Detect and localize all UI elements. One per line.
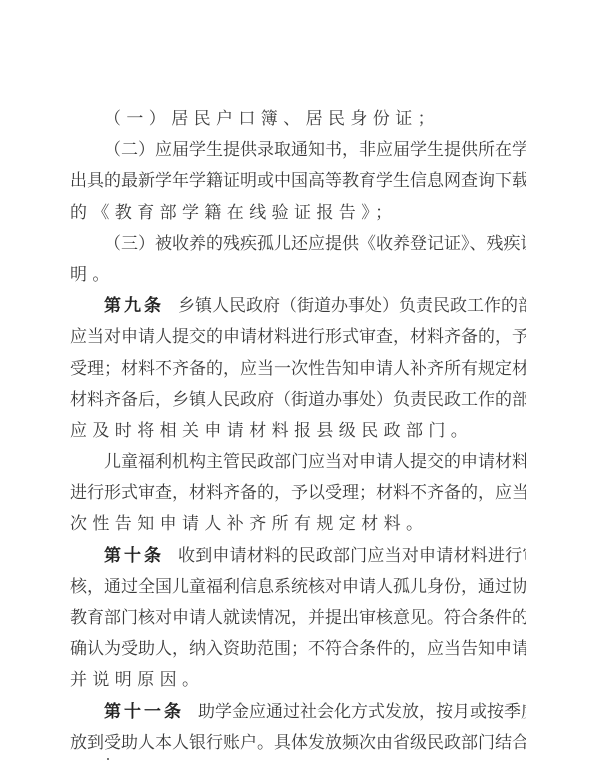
text-line: 应及时将相关申请材料报县级民政部门。: [70, 416, 526, 447]
article-line: 第十条收到申请材料的民政部门应当对申请材料进行审: [70, 541, 526, 572]
text-line: 进行形式审查，材料齐备的，予以受理；材料不齐备的，应当一: [70, 478, 526, 509]
line-text: 教育部门核对申请人就读情况，并提出审核意见。符合条件的，: [70, 608, 526, 628]
text-line: 受理；材料不齐备的，应当一次性告知申请人补齐所有规定材料。: [70, 354, 526, 385]
text-line: （一）居民户口簿、居民身份证；: [70, 104, 526, 135]
line-text: 材料齐备后，乡镇人民政府（街道办事处）负责民政工作的部门: [70, 390, 526, 410]
text-line: 明。: [70, 260, 526, 291]
text-line: 次性告知申请人补齐所有规定材料。: [70, 509, 526, 540]
text-line: 的《教育部学籍在线验证报告》；: [70, 198, 526, 229]
text-line: 材料齐备后，乡镇人民政府（街道办事处）负责民政工作的部门: [70, 385, 526, 416]
line-text: 核，通过全国儿童福利信息系统核对申请人孤儿身份，通过协调: [70, 577, 526, 597]
line-text: 收到申请材料的民政部门应当对申请材料进行审: [178, 546, 526, 566]
text-line: 并说明原因。: [70, 665, 526, 696]
line-text: （一）居民户口簿、居民身份证；: [104, 109, 440, 129]
article-line: 第十一条助学金应通过社会化方式发放，按月或按季度发: [70, 697, 526, 728]
line-text: 的《教育部学籍在线验证报告》；: [70, 203, 398, 223]
line-text: 应当对申请人提交的申请材料进行形式审查，材料齐备的，予以: [70, 327, 526, 347]
line-text: （二）应届学生提供录取通知书，非应届学生提供所在学校: [104, 140, 526, 160]
line-text: 出具的最新学年学籍证明或中国高等教育学生信息网查询下载: [70, 171, 526, 191]
stray-mark: [107, 758, 109, 760]
text-line: 儿童福利机构主管民政部门应当对申请人提交的申请材料: [70, 447, 526, 478]
line-text: 放到受助人本人银行账户。具体发放频次由省级民政部门结合本: [70, 733, 526, 753]
line-text: 应及时将相关申请材料报县级民政部门。: [70, 421, 473, 441]
article-number: 第十一条: [104, 702, 184, 722]
text-line: 核，通过全国儿童福利信息系统核对申请人孤儿身份，通过协调: [70, 572, 526, 603]
article-number: 第十条: [104, 546, 164, 566]
line-text: （三）被收养的残疾孤儿还应提供《收养登记证》、残疾证: [104, 234, 526, 254]
line-text: 助学金应通过社会化方式发放，按月或按季度发: [198, 702, 526, 722]
line-text: 确认为受助人，纳入资助范围；不符合条件的，应当告知申请人: [70, 639, 526, 659]
text-line: （三）被收养的残疾孤儿还应提供《收养登记证》、残疾证: [70, 229, 526, 260]
text-line: 确认为受助人，纳入资助范围；不符合条件的，应当告知申请人: [70, 634, 526, 665]
article-line: 第九条乡镇人民政府（街道办事处）负责民政工作的部门: [70, 291, 526, 322]
line-text: 并说明原因。: [70, 670, 204, 690]
line-text: 乡镇人民政府（街道办事处）负责民政工作的部门: [178, 296, 526, 316]
line-text: 明。: [70, 265, 115, 285]
line-text: 受理；材料不齐备的，应当一次性告知申请人补齐所有规定材料。: [70, 359, 526, 379]
line-text: 进行形式审查，材料齐备的，予以受理；材料不齐备的，应当一: [70, 483, 526, 503]
article-number: 第九条: [104, 296, 164, 316]
text-line: 出具的最新学年学籍证明或中国高等教育学生信息网查询下载: [70, 166, 526, 197]
line-text: 次性告知申请人补齐所有规定材料。: [70, 514, 428, 534]
line-text: 儿童福利机构主管民政部门应当对申请人提交的申请材料: [104, 452, 526, 472]
text-line: 应当对申请人提交的申请材料进行形式审查，材料齐备的，予以: [70, 322, 526, 353]
text-line: （二）应届学生提供录取通知书，非应届学生提供所在学校: [70, 135, 526, 166]
document-page: （一）居民户口簿、居民身份证；（二）应届学生提供录取通知书，非应届学生提供所在学…: [70, 104, 526, 759]
text-line: 教育部门核对申请人就读情况，并提出审核意见。符合条件的，: [70, 603, 526, 634]
text-line: 放到受助人本人银行账户。具体发放频次由省级民政部门结合本: [70, 728, 526, 759]
